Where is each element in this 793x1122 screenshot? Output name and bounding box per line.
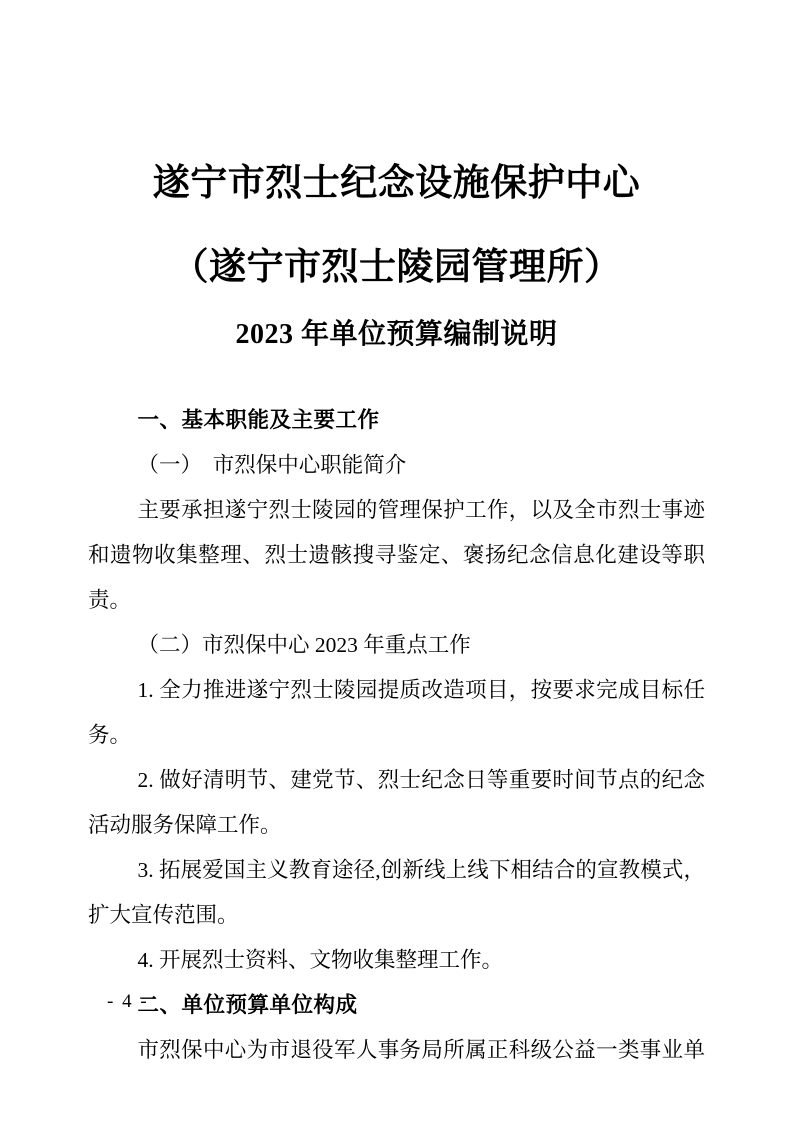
document-page: 遂宁市烈士纪念设施保护中心 （遂宁市烈士陵园管理所） 2023 年单位预算编制说… (0, 0, 793, 1122)
paragraph-keywork-item-2: 2. 做好清明节、建党节、烈士纪念日等重要时间节点的纪念活动服务保障工作。 (88, 758, 705, 848)
document-title-line2: （遂宁市烈士陵园管理所） (88, 244, 705, 290)
subsection-heading-1-2: （二）市烈保中心 2023 年重点工作 (88, 623, 705, 668)
paragraph-functions-intro: 主要承担遂宁烈士陵园的管理保护工作，以及全市烈士事迹和遗物收集整理、烈士遗骸搜寻… (88, 488, 705, 623)
paragraph-keywork-item-3: 3. 拓展爱国主义教育途径,创新线上线下相结合的宣教模式，扩大宣传范围。 (88, 848, 705, 938)
document-body: 一、基本职能及主要工作 （一） 市烈保中心职能简介 主要承担遂宁烈士陵园的管理保… (88, 398, 705, 1073)
section-heading-1: 一、基本职能及主要工作 (88, 398, 705, 443)
section-heading-2: 二、单位预算单位构成 (88, 983, 705, 1028)
paragraph-keywork-item-4: 4. 开展烈士资料、文物收集整理工作。 (88, 938, 705, 983)
document-content: 遂宁市烈士纪念设施保护中心 （遂宁市烈士陵园管理所） 2023 年单位预算编制说… (0, 0, 793, 1073)
document-header: 遂宁市烈士纪念设施保护中心 （遂宁市烈士陵园管理所） 2023 年单位预算编制说… (88, 160, 705, 354)
document-subtitle: 2023 年单位预算编制说明 (88, 316, 705, 354)
page-number: - 4 - (107, 990, 149, 1014)
paragraph-unit-composition: 市烈保中心为市退役军人事务局所属正科级公益一类事业单 (88, 1028, 705, 1073)
document-title-line1: 遂宁市烈士纪念设施保护中心 (88, 160, 705, 206)
paragraph-keywork-item-1: 1. 全力推进遂宁烈士陵园提质改造项目，按要求完成目标任务。 (88, 668, 705, 758)
subsection-heading-1-1: （一） 市烈保中心职能简介 (88, 443, 705, 488)
